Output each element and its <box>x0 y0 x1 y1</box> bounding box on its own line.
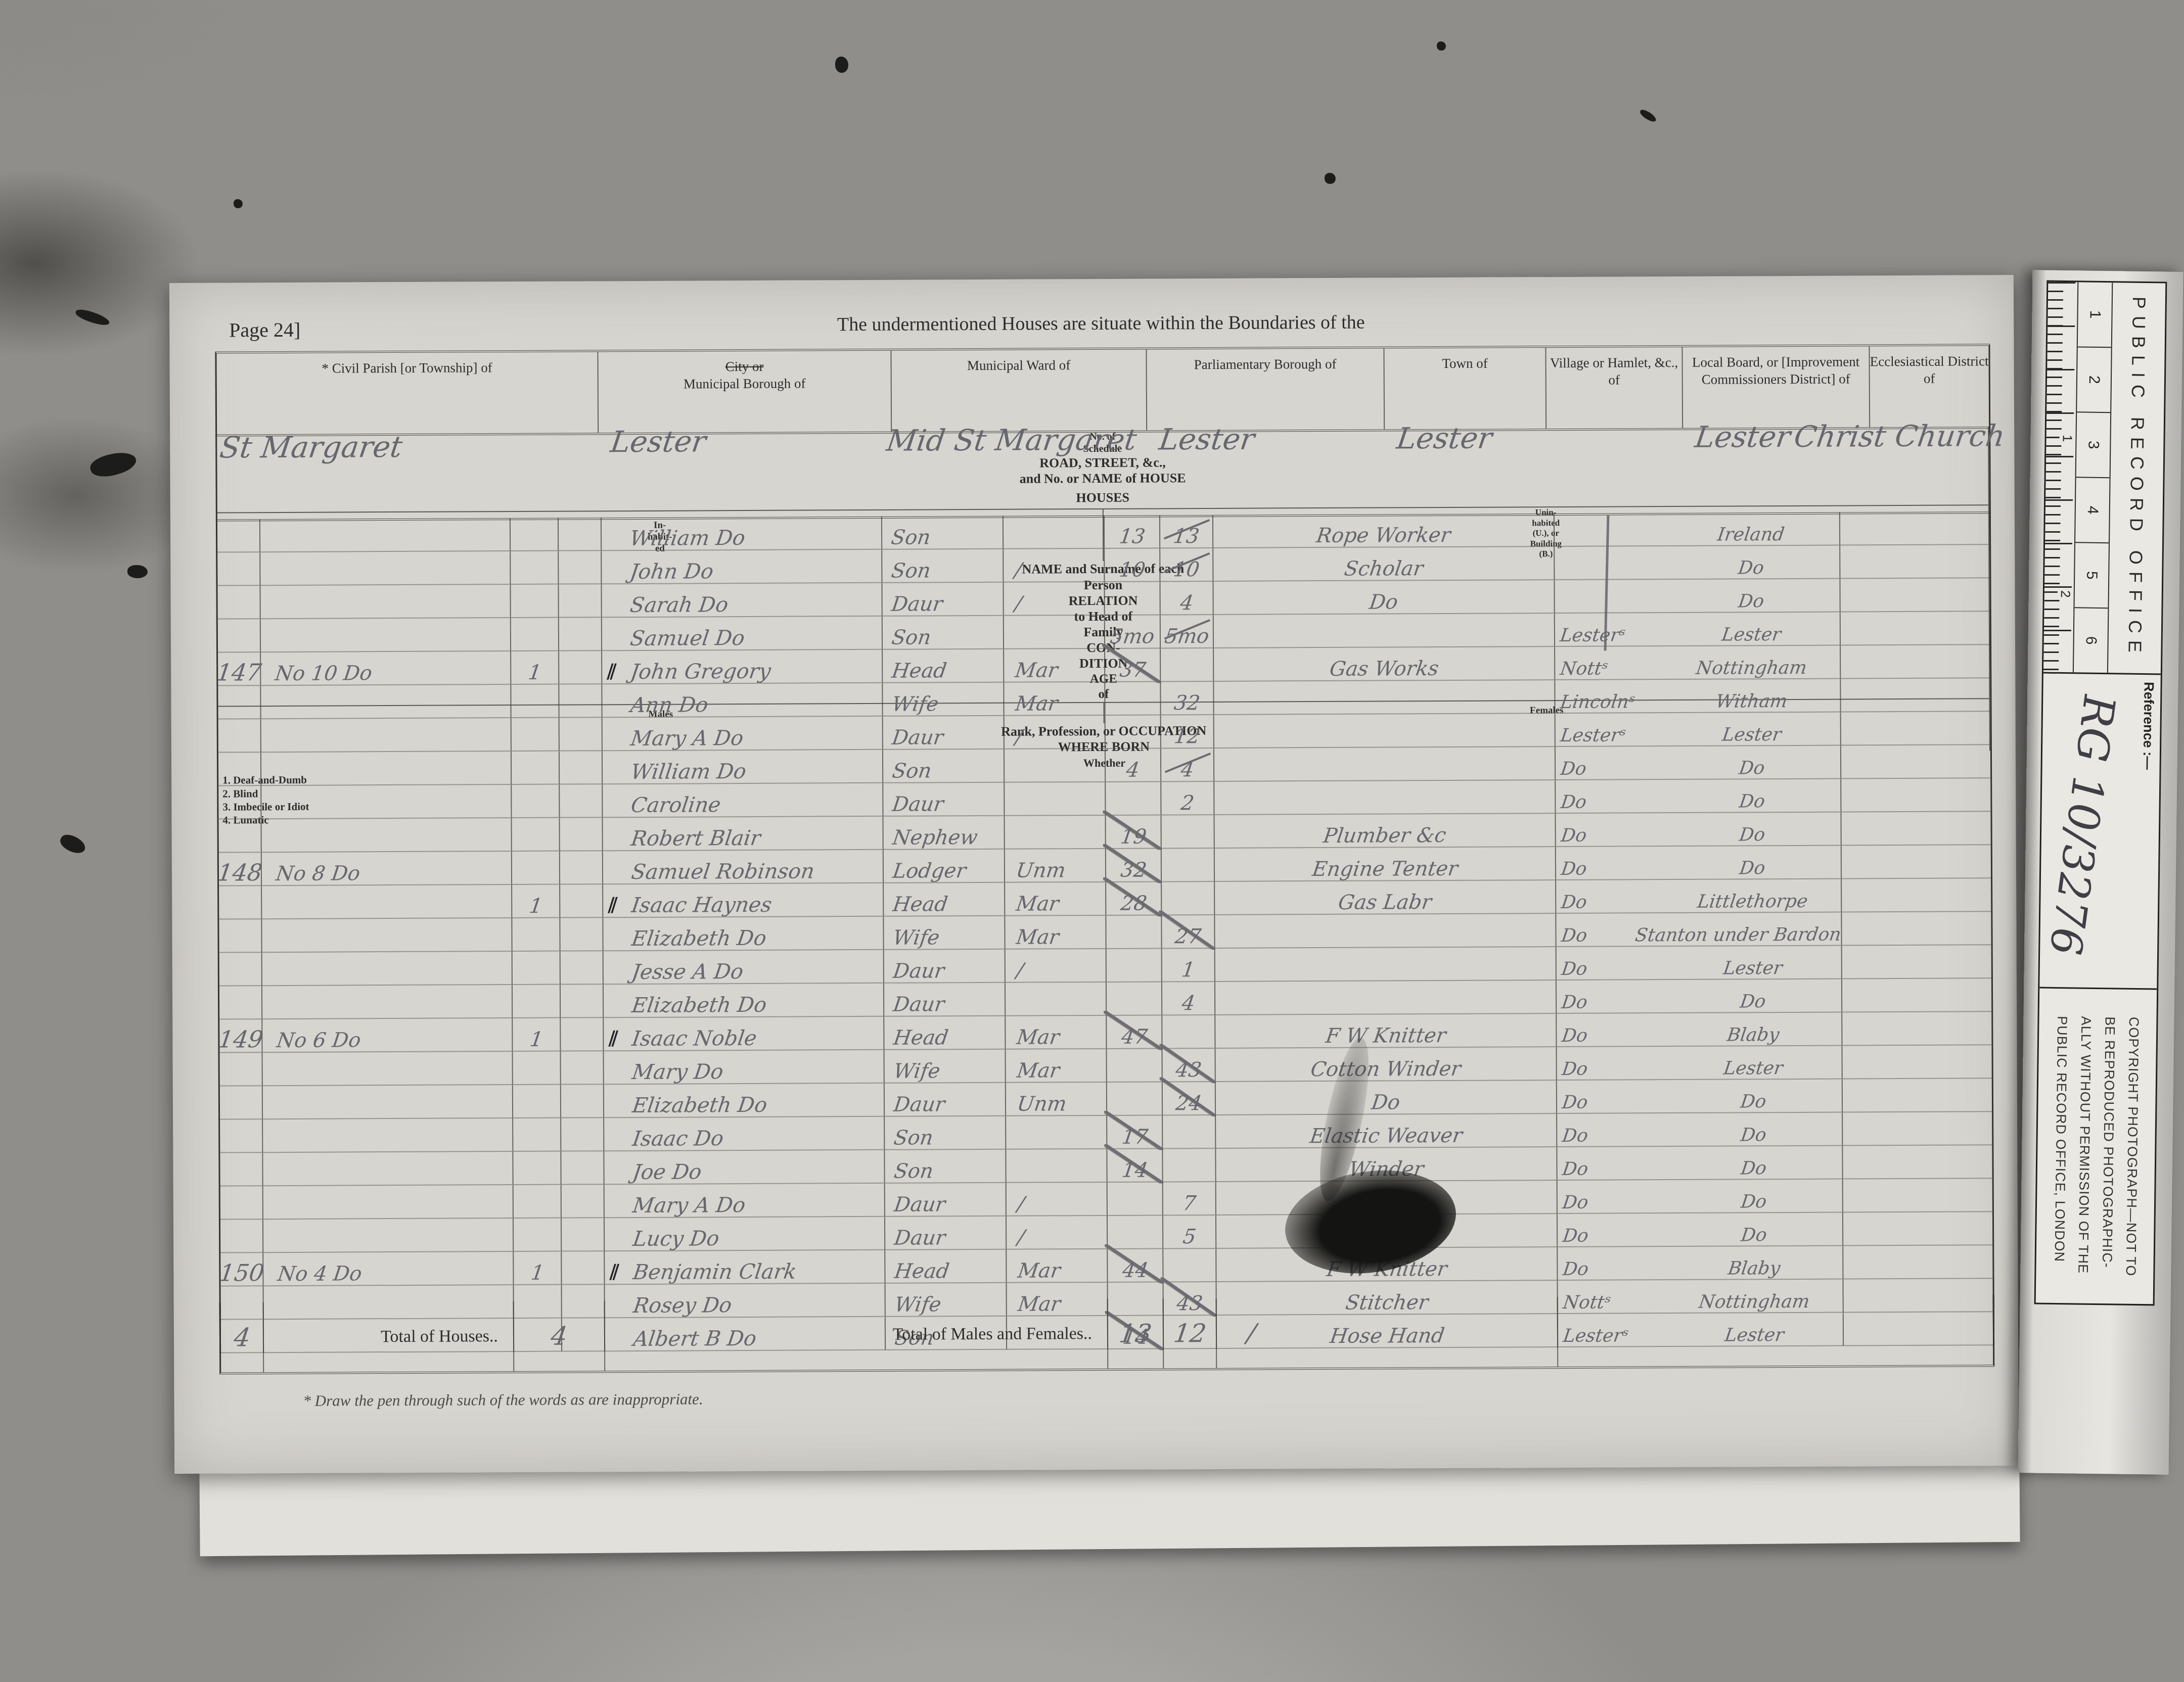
cell-uninhabited <box>561 985 604 1018</box>
cell-disabilities <box>1841 745 1990 779</box>
cell-where-born: DoBlaby <box>1557 1013 1842 1047</box>
cell-where-born: DoLittlethorpe <box>1556 879 1842 914</box>
handwritten-entry: Do <box>1556 1193 1666 1212</box>
handwritten-entry: Nephew <box>891 827 979 848</box>
top-field-value: Mid St Margaret <box>885 423 1139 458</box>
cell-schedule <box>218 786 261 819</box>
footnote: * Draw the pen through such of the words… <box>303 1390 703 1410</box>
cell-inhabited <box>511 551 559 585</box>
cell-inhabited <box>511 518 559 551</box>
handwritten-entry: No 4 Do <box>277 1264 363 1284</box>
handwritten-entry: Do <box>1662 859 1842 878</box>
cell-schedule <box>219 953 262 986</box>
handwritten-entry: Do <box>1368 592 1399 612</box>
cell-uninhabited <box>561 1151 604 1185</box>
cell-schedule <box>220 1220 263 1253</box>
cell-schedule <box>218 619 261 652</box>
handwritten-entry: Scholar <box>1343 558 1424 579</box>
cell-age-male: 19 <box>1106 815 1161 849</box>
handwritten-entry: William Do <box>629 761 747 782</box>
handwritten-entry: Lester <box>1663 959 1842 978</box>
cell-disabilities <box>1843 1212 1992 1246</box>
cell-condition: Mar <box>1005 916 1106 950</box>
handwritten-entry: Do <box>1557 1260 1667 1279</box>
handwritten-entry: 43 <box>1174 1060 1203 1080</box>
cell-name: Jesse A Do <box>604 950 884 985</box>
cell-age-female: 32 <box>1161 682 1214 715</box>
cell-relation: Son <box>885 1116 1006 1150</box>
cell-road <box>261 785 512 819</box>
cell-where-born: Ireland <box>1555 512 1840 547</box>
census-photograph: Page 24] The undermentioned Houses are s… <box>0 0 2184 1682</box>
handwritten-entry: Head <box>892 894 949 914</box>
cell-uninhabited <box>562 1218 605 1251</box>
cell-disabilities <box>1842 1045 1991 1079</box>
handwritten-entry: Do <box>1664 1159 1843 1179</box>
cell-disabilities <box>1841 712 1990 745</box>
cell-condition: / <box>1005 716 1106 750</box>
handwritten-entry: Lester <box>1661 626 1841 645</box>
handwritten-entry: John Gregory <box>629 661 772 682</box>
cell-schedule: 149 <box>219 1019 262 1053</box>
handwritten-entry: Isaac Noble <box>631 1028 758 1049</box>
cell-uninhabited <box>561 1018 604 1051</box>
reference-label: Reference :— <box>2140 682 2157 770</box>
handwritten-entry: 4 <box>1125 760 1141 780</box>
handwritten-entry: Witham <box>1662 692 1841 712</box>
cell-age-female: 7 <box>1163 1182 1216 1216</box>
cell-age-female: 1 <box>1162 949 1215 982</box>
cell-disabilities <box>1843 1145 1992 1179</box>
handwritten-entry: Do <box>1556 1127 1666 1145</box>
handwritten-entry: Wife <box>892 927 941 948</box>
cell-age-male <box>1105 682 1161 715</box>
handwritten-entry: Ann Do <box>629 694 710 716</box>
handwritten-entry: Stanton under Bardon <box>1634 926 1842 945</box>
handwritten-entry: Joe Do <box>631 1161 703 1183</box>
cell-condition: Mar <box>1007 1249 1108 1283</box>
handwritten-entry: Do <box>1663 1126 1843 1145</box>
handwritten-entry: Jesse A Do <box>630 961 745 983</box>
cell-relation: Daur <box>884 950 1006 984</box>
handwritten-entry: 32 <box>1173 693 1201 713</box>
cell-relation: Wife <box>884 916 1005 950</box>
handwritten-entry: 4 <box>1180 993 1196 1013</box>
cell-schedule <box>220 1153 263 1186</box>
cell-occupation <box>1214 714 1556 749</box>
handwritten-entry: Mar <box>1014 693 1059 714</box>
handwritten-entry: Do <box>1664 1226 1843 1245</box>
handwritten-entry: No 10 Do <box>274 663 374 684</box>
handwritten-entry: Son <box>893 1161 935 1181</box>
cell-where-born: DoDo <box>1558 1213 1843 1247</box>
top-field-label: City or Municipal Borough of <box>684 358 806 393</box>
cell-disabilities <box>1841 645 1990 679</box>
cell-relation: Daur <box>883 783 1005 817</box>
cell-inhabited <box>514 1185 562 1219</box>
cell-relation: Daur <box>882 583 1004 617</box>
cell-name: Mary A Do <box>603 717 883 751</box>
film-speck <box>127 565 148 578</box>
cell-inhabited <box>512 785 560 818</box>
cell-schedule <box>218 753 261 786</box>
cell-inhabited <box>511 685 559 718</box>
top-field-value: Lester <box>1395 421 1494 456</box>
cell-disabilities <box>1843 1245 1992 1279</box>
cell-relation: Daur <box>885 1183 1007 1217</box>
totals-houses-value: 4 <box>514 1301 606 1371</box>
handwritten-entry: Do <box>1555 893 1665 912</box>
handwritten-entry: Do <box>1555 826 1665 845</box>
handwritten-entry: 4 <box>1179 593 1195 613</box>
cell-occupation <box>1214 780 1556 815</box>
cell-age-female <box>1162 1015 1215 1049</box>
household-start-mark: ⫽ <box>607 662 630 682</box>
handwritten-entry: Unm <box>1015 860 1067 880</box>
cell-relation: Head <box>884 1016 1006 1050</box>
totals-females: 12 <box>1164 1298 1217 1368</box>
cell-disabilities <box>1841 812 1990 846</box>
cell-schedule <box>219 819 262 853</box>
handwritten-entry: Do <box>1662 792 1842 812</box>
handwritten-entry: 12 <box>1173 726 1201 746</box>
handwritten-entry: Wife <box>891 694 940 714</box>
cell-schedule <box>219 986 262 1019</box>
ruler-ticks: 1 2 <box>2043 282 2077 673</box>
handwritten-entry: Daur <box>893 1228 946 1248</box>
handwritten-entry: Do <box>1555 793 1665 812</box>
cell-name: ⫽Benjamin Clark <box>605 1250 885 1285</box>
cell-occupation: Plumber &c <box>1214 814 1556 849</box>
cell-age-male: 5mo <box>1105 615 1161 648</box>
handwritten-entry: Lincolnˢ <box>1554 693 1664 712</box>
top-field-value: Lester <box>1693 419 1793 454</box>
cell-condition: Mar <box>1006 1049 1107 1083</box>
cell-road <box>262 918 512 953</box>
handwritten-entry: Do <box>1555 860 1665 878</box>
handwritten-entry: Son <box>890 627 932 647</box>
handwritten-entry: Nottˢ <box>1554 660 1664 678</box>
cell-uninhabited <box>559 584 602 618</box>
cell-uninhabited <box>560 751 603 784</box>
totals-males: 13 <box>1108 1298 1164 1368</box>
handwritten-entry: Daur <box>893 1194 946 1214</box>
cell-road: No 10 Do <box>261 651 511 686</box>
cell-inhabited <box>513 1118 561 1152</box>
cell-occupation: Rope Worker <box>1213 513 1555 548</box>
cell-condition <box>1005 816 1106 850</box>
cell-inhabited <box>512 918 560 952</box>
ruler-inch-number: 3 <box>2076 412 2111 478</box>
handwritten-entry: Son <box>893 1128 935 1148</box>
cell-schedule <box>220 1186 263 1220</box>
cell-uninhabited <box>561 951 604 985</box>
cell-schedule <box>218 686 261 719</box>
cell-age-female: 12 <box>1161 715 1214 749</box>
handwritten-entry: John Do <box>629 561 715 582</box>
ruler-inch-numbers: 123456 <box>2073 282 2113 673</box>
cell-relation: Head <box>883 649 1004 683</box>
cell-inhabited <box>511 585 559 618</box>
ruler-inch-number: 4 <box>2075 478 2110 543</box>
top-field-6: Village or Hamlet, &c., of <box>1546 347 1683 429</box>
handwritten-entry: 2 <box>1179 793 1195 813</box>
handwritten-entry: Samuel Do <box>629 628 746 649</box>
cell-age-female <box>1161 815 1214 849</box>
handwritten-entry: / <box>1016 1194 1026 1214</box>
cell-schedule <box>220 1053 263 1086</box>
handwritten-entry: Do <box>1664 1193 1843 1212</box>
cell-relation: Head <box>885 1250 1007 1284</box>
handwritten-entry: / <box>1014 727 1024 747</box>
cell-schedule <box>219 886 262 919</box>
cell-where-born: DoDo <box>1558 1180 1843 1214</box>
top-field-label: Local Board, or [Improvement Commissione… <box>1692 353 1860 388</box>
cell-age-female: 4 <box>1162 982 1215 1015</box>
handwritten-entry: Mary A Do <box>631 1195 747 1216</box>
handwritten-entry: Do <box>1663 1093 1843 1112</box>
cell-disabilities <box>1840 545 1989 579</box>
handwritten-entry: Do <box>1556 1160 1666 1179</box>
cell-where-born: DoLester <box>1557 1046 1843 1081</box>
cell-uninhabited <box>561 1118 604 1151</box>
top-field-5: Town ofLester <box>1384 348 1546 429</box>
handwritten-entry: Nottingham <box>1661 659 1841 678</box>
cell-inhabited <box>513 1085 561 1118</box>
handwritten-entry: Daur <box>891 794 945 814</box>
ruler-cm-number: 2 <box>2058 589 2073 599</box>
cell-age-male <box>1108 1182 1163 1216</box>
handwritten-entry: 148 <box>216 861 263 884</box>
handwritten-entry: Do <box>1662 826 1842 845</box>
handwritten-entry: Do <box>1556 1026 1666 1045</box>
handwritten-entry: 28 <box>1119 894 1148 914</box>
handwritten-entry: Elizabeth Do <box>630 995 768 1016</box>
handwritten-entry: Mar <box>1016 1060 1061 1081</box>
cell-condition: / <box>1004 549 1105 583</box>
handwritten-entry: Mar <box>1014 660 1059 680</box>
cell-road <box>260 551 511 586</box>
top-field-2: City or Municipal Borough ofLester <box>598 351 892 433</box>
cell-where-born: Do <box>1555 579 1840 614</box>
cell-where-born: LesterˢLester <box>1556 713 1841 747</box>
cell-road: No 8 Do <box>262 852 512 886</box>
cell-inhabited: 1 <box>514 1252 562 1285</box>
page-title: The undermentioned Houses are situate wi… <box>215 308 1987 338</box>
cell-relation: Son <box>883 616 1004 650</box>
cell-name: Lucy Do <box>605 1217 885 1251</box>
top-field-label: Village or Hamlet, &c., of <box>1546 354 1682 389</box>
cell-condition <box>1006 1149 1107 1183</box>
cell-relation: Nephew <box>883 816 1005 850</box>
cell-disabilities <box>1843 1079 1992 1112</box>
top-field-label: Municipal Ward of <box>967 357 1070 375</box>
handwritten-entry: Caroline <box>630 795 722 816</box>
cell-occupation: Do <box>1213 580 1555 615</box>
top-field-label-top: City or <box>725 359 764 374</box>
cell-occupation: Elastic Weaver <box>1216 1114 1557 1149</box>
handwritten-entry: 19 <box>1119 827 1148 847</box>
ruler-inch-number: 5 <box>2074 543 2109 609</box>
cell-age-male <box>1107 949 1162 982</box>
ruler-inch-number: 1 <box>2078 282 2112 348</box>
cell-name: Mary A Do <box>605 1184 885 1218</box>
cell-road <box>261 718 512 753</box>
cell-uninhabited <box>559 518 602 551</box>
cell-name: ⫽Isaac Noble <box>604 1017 884 1051</box>
film-speck <box>1325 173 1336 184</box>
handwritten-entry: Mary Do <box>631 1061 724 1083</box>
handwritten-entry: Elizabeth Do <box>630 928 768 949</box>
cell-schedule <box>217 519 260 552</box>
handwritten-entry: Littlethorpe <box>1662 893 1842 912</box>
cell-where-born: DoBlaby <box>1558 1246 1843 1281</box>
handwritten-entry: Mar <box>1015 894 1060 914</box>
top-field-8: Ecclesiastical District ofChrist Church <box>1870 346 1989 427</box>
handwritten-entry: Sarah Do <box>629 594 730 616</box>
household-start-mark: ⫽ <box>609 1029 632 1049</box>
handwritten-entry: 17 <box>1120 1127 1149 1147</box>
handwritten-entry: Daur <box>890 594 944 614</box>
cell-road <box>263 1185 514 1220</box>
cell-age-male <box>1107 982 1162 1015</box>
cell-inhabited <box>513 952 561 985</box>
handwritten-entry: Gas Works <box>1328 659 1440 679</box>
cell-where-born: DoLester <box>1557 946 1842 980</box>
handwritten-entry: Daur <box>892 1094 946 1114</box>
handwritten-entry: Benjamin Clark <box>632 1261 798 1283</box>
cell-name: Samuel Robinson <box>603 850 884 884</box>
handwritten-entry: Mar <box>1017 1260 1062 1281</box>
cell-age-male <box>1106 915 1162 949</box>
top-field-label: * Civil Parish [or Township] of <box>322 359 492 377</box>
cell-inhabited: 1 <box>511 651 559 685</box>
cell-schedule: 147 <box>218 652 261 686</box>
cell-age-female <box>1162 849 1215 882</box>
handwritten-entry: Daur <box>891 727 944 747</box>
handwritten-entry: Head <box>891 661 948 681</box>
public-record-office-strip: 1 2 123456 PUBLIC RECORD OFFICE Referenc… <box>2034 281 2167 1306</box>
handwritten-entry: 10 <box>1118 560 1146 580</box>
top-field-label: Town of <box>1442 355 1488 372</box>
top-field-value: St Margaret <box>218 430 404 465</box>
cell-occupation <box>1215 947 1557 982</box>
cell-uninhabited <box>562 1185 605 1218</box>
handwritten-entry: 13 <box>1118 527 1146 547</box>
cell-occupation <box>1214 614 1555 648</box>
handwritten-entry: 24 <box>1174 1093 1203 1113</box>
cell-condition: / <box>1007 1183 1108 1217</box>
handwritten-entry: Do <box>1555 926 1636 945</box>
handwritten-entry: Son <box>890 527 932 547</box>
cell-uninhabited <box>560 784 603 818</box>
cell-age-male: 4 <box>1106 749 1161 782</box>
cell-where-born: DoDo <box>1557 979 1842 1014</box>
cell-road <box>263 1152 513 1186</box>
cell-uninhabited <box>559 551 602 584</box>
cell-age-male <box>1107 1082 1163 1115</box>
cell-age-male <box>1106 782 1161 815</box>
handwritten-entry: Lester <box>1663 1059 1843 1079</box>
cell-schedule <box>220 1119 263 1153</box>
handwritten-entry: Son <box>891 761 933 781</box>
handwritten-entry: Lodger <box>891 861 967 881</box>
handwritten-entry: 14 <box>1120 1160 1149 1181</box>
cell-relation: Daur <box>884 983 1006 1017</box>
reference-section: Reference :— RG 10/3276 <box>2039 674 2161 990</box>
cell-age-female: 4 <box>1161 749 1214 782</box>
handwritten-entry: Cotton Winder <box>1309 1059 1462 1080</box>
cell-name: ⫽Isaac Haynes <box>603 883 884 918</box>
cell-relation: Son <box>883 750 1005 783</box>
household-start-mark: ⫽ <box>608 895 631 916</box>
cell-age-male: 28 <box>1106 882 1162 915</box>
handwritten-entry: 47 <box>1120 1027 1148 1047</box>
cell-road <box>262 885 512 919</box>
cell-road: No 6 Do <box>262 1018 513 1053</box>
cell-relation: Daur <box>883 716 1005 750</box>
cell-condition <box>1004 616 1105 649</box>
handwritten-entry: Unm <box>1016 1094 1068 1114</box>
handwritten-entry: Samuel Robinson <box>630 861 815 882</box>
census-page: Page 24] The undermentioned Houses are s… <box>169 275 2019 1474</box>
cell-age-female: 27 <box>1162 915 1215 949</box>
cell-occupation: Do <box>1216 1081 1557 1115</box>
cell-age-male: 37 <box>1105 648 1161 682</box>
cell-name: Ann Do <box>602 683 883 718</box>
cell-road <box>263 1052 513 1086</box>
cell-age-female <box>1161 648 1214 682</box>
cell-road <box>261 752 512 786</box>
cell-relation: Wife <box>885 1050 1006 1084</box>
handwritten-entry: 32 <box>1119 860 1148 880</box>
cell-schedule: 150 <box>220 1253 263 1286</box>
totals-schedule: 4 <box>221 1302 264 1372</box>
cell-occupation: Gas Labr <box>1215 880 1556 915</box>
handwritten-entry: 149 <box>217 1027 264 1051</box>
cell-uninhabited <box>561 1085 604 1118</box>
cell-inhabited: 1 <box>512 885 560 918</box>
handwritten-entry: 150 <box>218 1261 265 1284</box>
cell-age-female: 43 <box>1163 1049 1216 1082</box>
cell-condition <box>1005 749 1106 783</box>
reference-value: RG 10/3276 <box>2039 693 2125 957</box>
cell-relation: Son <box>882 516 1004 550</box>
cell-where-born: DoDo <box>1556 846 1842 880</box>
cell-age-female: 24 <box>1163 1082 1216 1115</box>
handwritten-entry: 27 <box>1174 926 1202 947</box>
handwritten-entry: Do <box>1557 1227 1667 1245</box>
cell-relation: Son <box>885 1150 1006 1184</box>
top-field-value: Lester <box>609 424 708 459</box>
cell-disabilities <box>1843 1179 1992 1212</box>
cell-occupation: F W Knitter <box>1215 1014 1557 1049</box>
cell-age-male: 17 <box>1107 1115 1163 1149</box>
handwritten-entry: 7 <box>1181 1193 1197 1213</box>
cell-name: John Do <box>602 550 882 584</box>
handwritten-entry: Do <box>1662 759 1841 778</box>
ruler-cm-number: 1 <box>2059 434 2075 443</box>
handwritten-entry: Engine Tenter <box>1311 859 1459 879</box>
cell-where-born: DoStanton under Bardon <box>1556 913 1842 947</box>
cell-relation: Son <box>882 549 1004 583</box>
handwritten-entry: Daur <box>892 994 945 1014</box>
cell-schedule <box>220 1086 263 1119</box>
cell-disabilities <box>1842 878 1991 912</box>
film-speck <box>835 57 848 73</box>
cell-disabilities <box>1842 978 1991 1012</box>
cell-condition: Unm <box>1005 849 1106 883</box>
